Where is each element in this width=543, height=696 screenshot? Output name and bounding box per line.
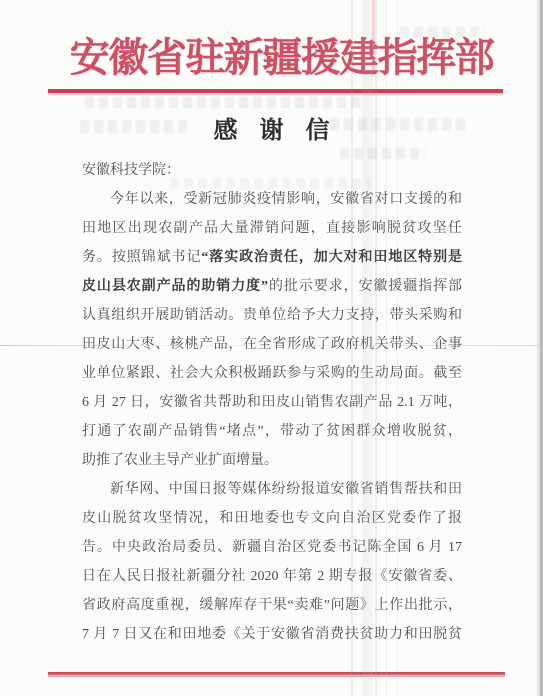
body-line: 认真组织开展助销活动。贵单位给予大力支持，带头采购和 — [82, 301, 462, 330]
body-line: 今年以来，受新冠肺炎疫情影响，安徽省对口支援的和 — [82, 185, 462, 214]
body-line: 省政府高度重视，缓解库存干果“卖难”问题》上作出批示， — [82, 591, 462, 620]
body-line: 打通了农副产品销售“堵点”，带动了贫困群众增收脱贫， — [82, 417, 462, 446]
scan-edge-shadow — [536, 0, 543, 696]
body-line: 告。中央政治局委员、新疆自治区党委书记陈全国 6 月 17 — [82, 533, 462, 562]
letterhead-rule — [48, 89, 503, 93]
body-line: 新华网、中国日报等媒体纷纷报道安徽省销售帮扶和田 — [82, 475, 462, 504]
document-title: 感谢信 — [0, 116, 543, 146]
salutation-line: 安徽科技学院： — [82, 156, 462, 185]
scanned-letter-page: 安徽省驻新疆援建指挥部 感谢信 安徽科技学院：今年以来，受新冠肺炎疫情影响，安徽… — [0, 0, 543, 696]
bleedthrough-artifact — [85, 97, 365, 108]
body-line: 皮山脱贫攻坚情况，和田地委也专文向自治区党委作了报 — [82, 504, 462, 533]
letter-body: 安徽科技学院：今年以来，受新冠肺炎疫情影响，安徽省对口支援的和田地区出现农副产品… — [82, 156, 462, 649]
body-line: 助推了农业主导产业扩面增量。 — [82, 446, 462, 475]
footer-rule — [48, 672, 505, 677]
body-line: 田皮山大枣、核桃产品，在全省形成了政府机关带头、企事 — [82, 330, 462, 359]
body-line: 务。按照锦斌书记“落实政治责任，加大对和田地区特别是 — [82, 243, 462, 272]
body-line: 6 月 27 日，安徽省共帮助和田皮山销售农副产品 2.1 万吨， — [82, 388, 462, 417]
body-line: 日在人民日报社新疆分社 2020 年第 2 期专报《安徽省委、 — [82, 562, 462, 591]
letterhead-org-name: 安徽省驻新疆援建指挥部 — [20, 34, 543, 82]
body-line: 业单位紧跟、社会大众积极踊跃参与采购的生动局面。截至 — [82, 359, 462, 388]
body-line: 皮山县农副产品的助销力度”的批示要求，安徽援疆指挥部 — [82, 272, 462, 301]
body-line: 7 月 7 日又在和田地委《关于安徽省消费扶贫助力和田脱贫 — [82, 620, 462, 649]
body-line: 田地区出现农副产品大量滞销问题，直接影响脱贫攻坚任 — [82, 214, 462, 243]
